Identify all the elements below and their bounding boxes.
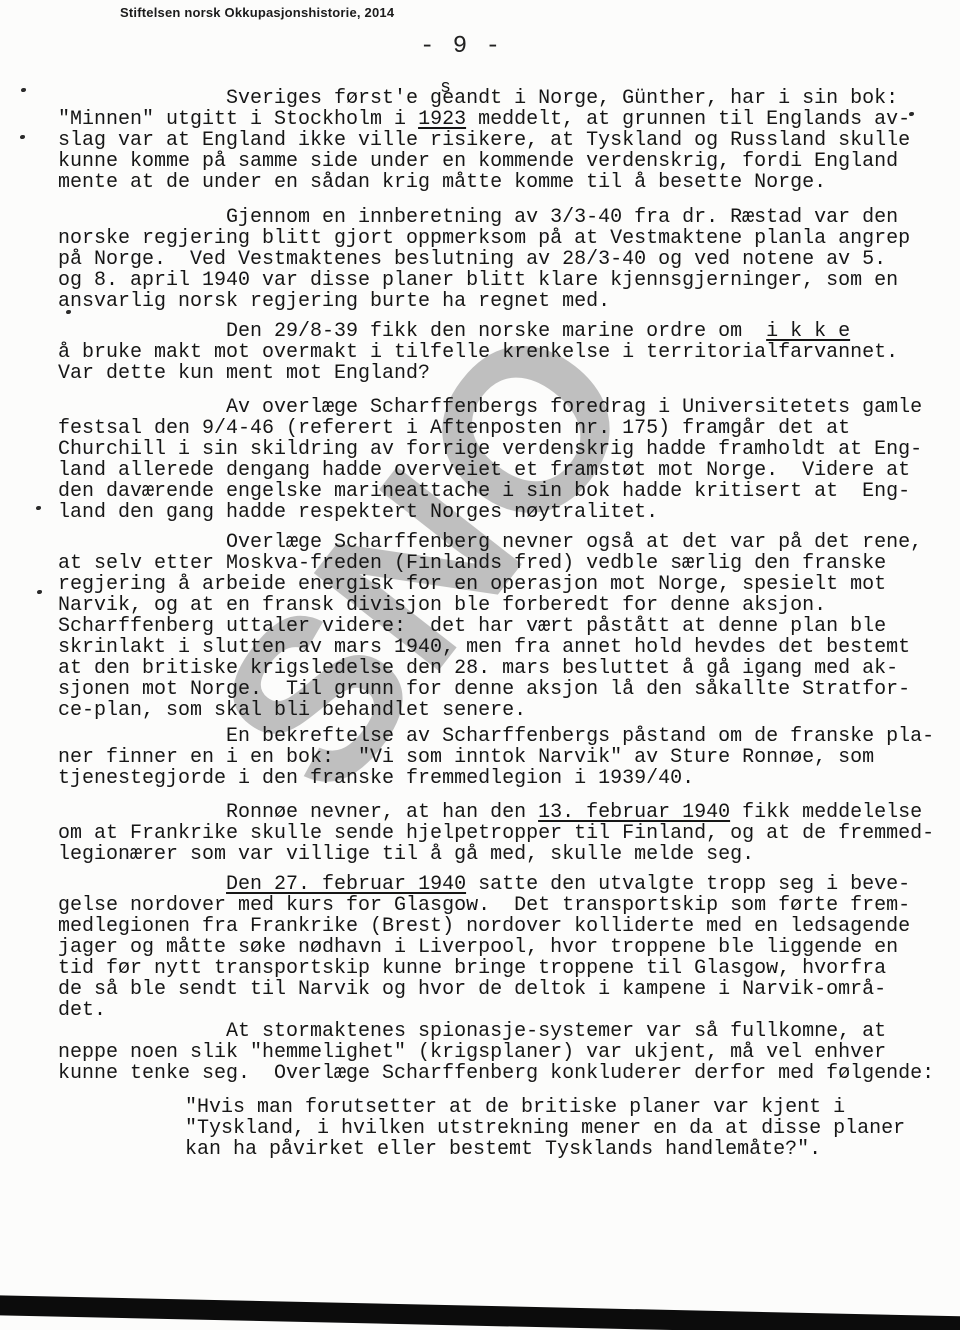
underlined-text: 13. februar 1940: [538, 801, 730, 824]
text-line: slag var at England ikke ville risikere,…: [58, 130, 948, 151]
text-line: Sveriges først'e gesandt i Norge, Günthe…: [58, 88, 948, 109]
scan-speck: [909, 112, 914, 116]
scan-speck: [20, 135, 25, 139]
text-segment: norske regjering blitt gjort oppmerksom …: [58, 227, 910, 250]
text-segment: Narvik, og at en fransk divisjon ble for…: [58, 594, 826, 617]
text-segment: "Tyskland, i hvilken utstrekning mener e…: [185, 1117, 905, 1140]
scan-speck: [66, 310, 71, 314]
text-segment: ner finner en i en bok: "Vi som inntok N…: [58, 746, 874, 769]
text-line: festsal den 9/4-46 (referert i Aftenpost…: [58, 418, 948, 439]
text-line: på Norge. Ved Vestmaktenes beslutning av…: [58, 249, 948, 270]
text-segment: Sveriges først'e ge: [58, 87, 454, 110]
paragraph: Den 27. februar 1940 satte den utvalgte …: [58, 874, 948, 1021]
text-segment: kan ha påvirket eller bestemt Tysklands …: [185, 1138, 821, 1161]
text-segment: tjenestegjorde i den franske fremmedlegi…: [58, 767, 694, 790]
document-page: Stiftelsen norsk Okkupasjonshistorie, 20…: [0, 0, 960, 1330]
text-segment: Churchill i sin skildring av forrige ver…: [58, 438, 922, 461]
text-segment: Gjennom en innberetning av 3/3-40 fra dr…: [58, 206, 898, 229]
text-segment: tid før nytt transportskip kunne bringe …: [58, 957, 886, 980]
text-line: En bekreftelse av Scharffenbergs påstand…: [58, 726, 948, 747]
text-line: tid før nytt transportskip kunne bringe …: [58, 958, 948, 979]
text-segment: Av overlæge Scharffenbergs foredrag i Un…: [58, 396, 922, 419]
text-segment: at selv etter Moskva-freden (Finlands fr…: [58, 552, 886, 575]
text-line: Ronnøe nevner, at han den 13. februar 19…: [58, 802, 948, 823]
text-line: legionærer som var villige til å gå med,…: [58, 844, 948, 865]
text-segment: [58, 873, 226, 896]
text-line: Narvik, og at en fransk divisjon ble for…: [58, 595, 948, 616]
text-line: den daværende engelske marineattache i s…: [58, 481, 948, 502]
text-line: sjonen mot Norge. Til grunn for denne ak…: [58, 679, 948, 700]
text-line: at selv etter Moskva-freden (Finlands fr…: [58, 553, 948, 574]
text-line: Den 27. februar 1940 satte den utvalgte …: [58, 874, 948, 895]
underlined-text: 1923: [418, 108, 466, 131]
text-segment: kunne komme på samme side under en komme…: [58, 150, 898, 173]
underlined-text: Den 27. februar 1940: [226, 873, 466, 896]
text-line: kan ha påvirket eller bestemt Tysklands …: [185, 1139, 948, 1160]
text-line: skrinlakt i slutten av mars 1940, men fr…: [58, 637, 948, 658]
text-segment: neppe noen slik "hemmelighet" (krigsplan…: [58, 1041, 886, 1064]
page-number: - 9 -: [0, 33, 941, 60]
text-line: Churchill i sin skildring av forrige ver…: [58, 439, 948, 460]
text-segment: Var dette kun ment mot England?: [58, 362, 430, 385]
text-segment: det.: [58, 999, 106, 1022]
text-segment: og 8. april 1940 var disse planer blitt …: [58, 269, 898, 292]
scan-speck: [21, 88, 26, 92]
text-line: ner finner en i en bok: "Vi som inntok N…: [58, 747, 948, 768]
text-segment: at den britiske krigsledelse den 28. mar…: [58, 657, 898, 680]
text-segment: andt i Norge, Günther, har i sin bok:: [454, 87, 898, 110]
paragraph: Ronnøe nevner, at han den 13. februar 19…: [58, 802, 948, 865]
text-line: Var dette kun ment mot England?: [58, 363, 948, 384]
text-line: Den 29/8-39 fikk den norske marine ordre…: [58, 321, 948, 342]
paragraph: Sveriges først'e gesandt i Norge, Günthe…: [58, 88, 948, 193]
text-segment: legionærer som var villige til å gå med,…: [58, 843, 754, 866]
attribution-header: Stiftelsen norsk Okkupasjonshistorie, 20…: [120, 5, 394, 20]
text-segment: land allerede dengang hadde overveiet et…: [58, 459, 910, 482]
text-line: det.: [58, 1000, 948, 1021]
quoted-paragraph: "Hvis man forutsetter at de britiske pla…: [185, 1097, 948, 1160]
text-line: de så ble sendt til Narvik og hvor de de…: [58, 979, 948, 1000]
text-segment: å bruke makt mot overmakt i tilfelle kre…: [58, 341, 898, 364]
text-line: ce-plan, som skal bli behandlet senere.: [58, 700, 948, 721]
paragraph: Den 29/8-39 fikk den norske marine ordre…: [58, 321, 948, 384]
text-line: tjenestegjorde i den franske fremmedlegi…: [58, 768, 948, 789]
text-segment: "Minnen" utgitt i Stockholm i: [58, 108, 418, 131]
scan-artifact-bar: [0, 1295, 960, 1330]
text-segment: Ronnøe nevner, at han den: [58, 801, 538, 824]
text-line: medlegionen fra Frankrike (Brest) nordov…: [58, 916, 948, 937]
text-segment: ce-plan, som skal bli behandlet senere.: [58, 699, 526, 722]
text-line: land allerede dengang hadde overveiet et…: [58, 460, 948, 481]
text-segment: skrinlakt i slutten av mars 1940, men fr…: [58, 636, 910, 659]
text-line: gelse nordover med kurs for Glasgow. Det…: [58, 895, 948, 916]
text-line: å bruke makt mot overmakt i tilfelle kre…: [58, 342, 948, 363]
text-segment: satte den utvalgte tropp seg i beve-: [466, 873, 910, 896]
text-line: kunne komme på samme side under en komme…: [58, 151, 948, 172]
text-line: Av overlæge Scharffenbergs foredrag i Un…: [58, 397, 948, 418]
text-segment: regjering å arbeide energisk for en oper…: [58, 573, 886, 596]
text-line: Scharffenberg uttaler videre: det har væ…: [58, 616, 948, 637]
text-segment: At stormaktenes spionasje-systemer var s…: [58, 1020, 886, 1043]
text-line: regjering å arbeide energisk for en oper…: [58, 574, 948, 595]
text-line: "Hvis man forutsetter at de britiske pla…: [185, 1097, 948, 1118]
paragraph: Overlæge Scharffenberg nevner også at de…: [58, 532, 948, 721]
text-segment: Overlæge Scharffenberg nevner også at de…: [58, 531, 922, 554]
paragraph: Av overlæge Scharffenbergs foredrag i Un…: [58, 397, 948, 523]
text-segment: på Norge. Ved Vestmaktenes beslutning av…: [58, 248, 886, 271]
text-segment: En bekreftelse av Scharffenbergs påstand…: [58, 725, 934, 748]
text-line: jager og måtte søke nødhavn i Liverpool,…: [58, 937, 948, 958]
underlined-text: i k k e: [766, 320, 850, 343]
text-segment: gelse nordover med kurs for Glasgow. Det…: [58, 894, 910, 917]
scan-speck: [36, 506, 41, 510]
text-segment: medlegionen fra Frankrike (Brest) nordov…: [58, 915, 910, 938]
text-segment: festsal den 9/4-46 (referert i Aftenpost…: [58, 417, 850, 440]
paragraph: At stormaktenes spionasje-systemer var s…: [58, 1021, 948, 1084]
paragraph: En bekreftelse av Scharffenbergs påstand…: [58, 726, 948, 789]
text-line: norske regjering blitt gjort oppmerksom …: [58, 228, 948, 249]
text-line: Gjennom en innberetning av 3/3-40 fra dr…: [58, 207, 948, 228]
text-segment: om at Frankrike skulle sende hjelpetropp…: [58, 822, 934, 845]
text-line: om at Frankrike skulle sende hjelpetropp…: [58, 823, 948, 844]
text-line: At stormaktenes spionasje-systemer var s…: [58, 1021, 948, 1042]
text-segment: ansvarlig norsk regjering burte ha regne…: [58, 290, 610, 313]
scan-speck: [37, 590, 42, 594]
text-line: kunne tenke seg. Overlæge Scharffenberg …: [58, 1063, 948, 1084]
document-body: Sveriges først'e gesandt i Norge, Günthe…: [58, 88, 948, 1160]
text-segment: meddelt, at grunnen til Englands av-: [466, 108, 910, 131]
text-segment: jager og måtte søke nødhavn i Liverpool,…: [58, 936, 898, 959]
text-line: Overlæge Scharffenberg nevner også at de…: [58, 532, 948, 553]
text-segment: slag var at England ikke ville risikere,…: [58, 129, 910, 152]
text-line: og 8. april 1940 var disse planer blitt …: [58, 270, 948, 291]
text-line: mente at de under en sådan krig måtte ko…: [58, 172, 948, 193]
text-line: land den gang hadde respektert Norges nø…: [58, 502, 948, 523]
text-line: "Tyskland, i hvilken utstrekning mener e…: [185, 1118, 948, 1139]
text-line: ansvarlig norsk regjering burte ha regne…: [58, 291, 948, 312]
text-segment: sjonen mot Norge. Til grunn for denne ak…: [58, 678, 910, 701]
text-segment: mente at de under en sådan krig måtte ko…: [58, 171, 826, 194]
text-segment: Scharffenberg uttaler videre: det har væ…: [58, 615, 886, 638]
text-line: at den britiske krigsledelse den 28. mar…: [58, 658, 948, 679]
text-segment: Den 29/8-39 fikk den norske marine ordre…: [58, 320, 766, 343]
text-segment: "Hvis man forutsetter at de britiske pla…: [185, 1096, 845, 1119]
text-line: neppe noen slik "hemmelighet" (krigsplan…: [58, 1042, 948, 1063]
text-line: "Minnen" utgitt i Stockholm i 1923 medde…: [58, 109, 948, 130]
text-segment: land den gang hadde respektert Norges nø…: [58, 501, 658, 524]
text-segment: de så ble sendt til Narvik og hvor de de…: [58, 978, 886, 1001]
text-segment: den daværende engelske marineattache i s…: [58, 480, 910, 503]
text-segment: kunne tenke seg. Overlæge Scharffenberg …: [58, 1062, 934, 1085]
text-segment: fikk meddelelse: [730, 801, 922, 824]
paragraph: Gjennom en innberetning av 3/3-40 fra dr…: [58, 207, 948, 312]
